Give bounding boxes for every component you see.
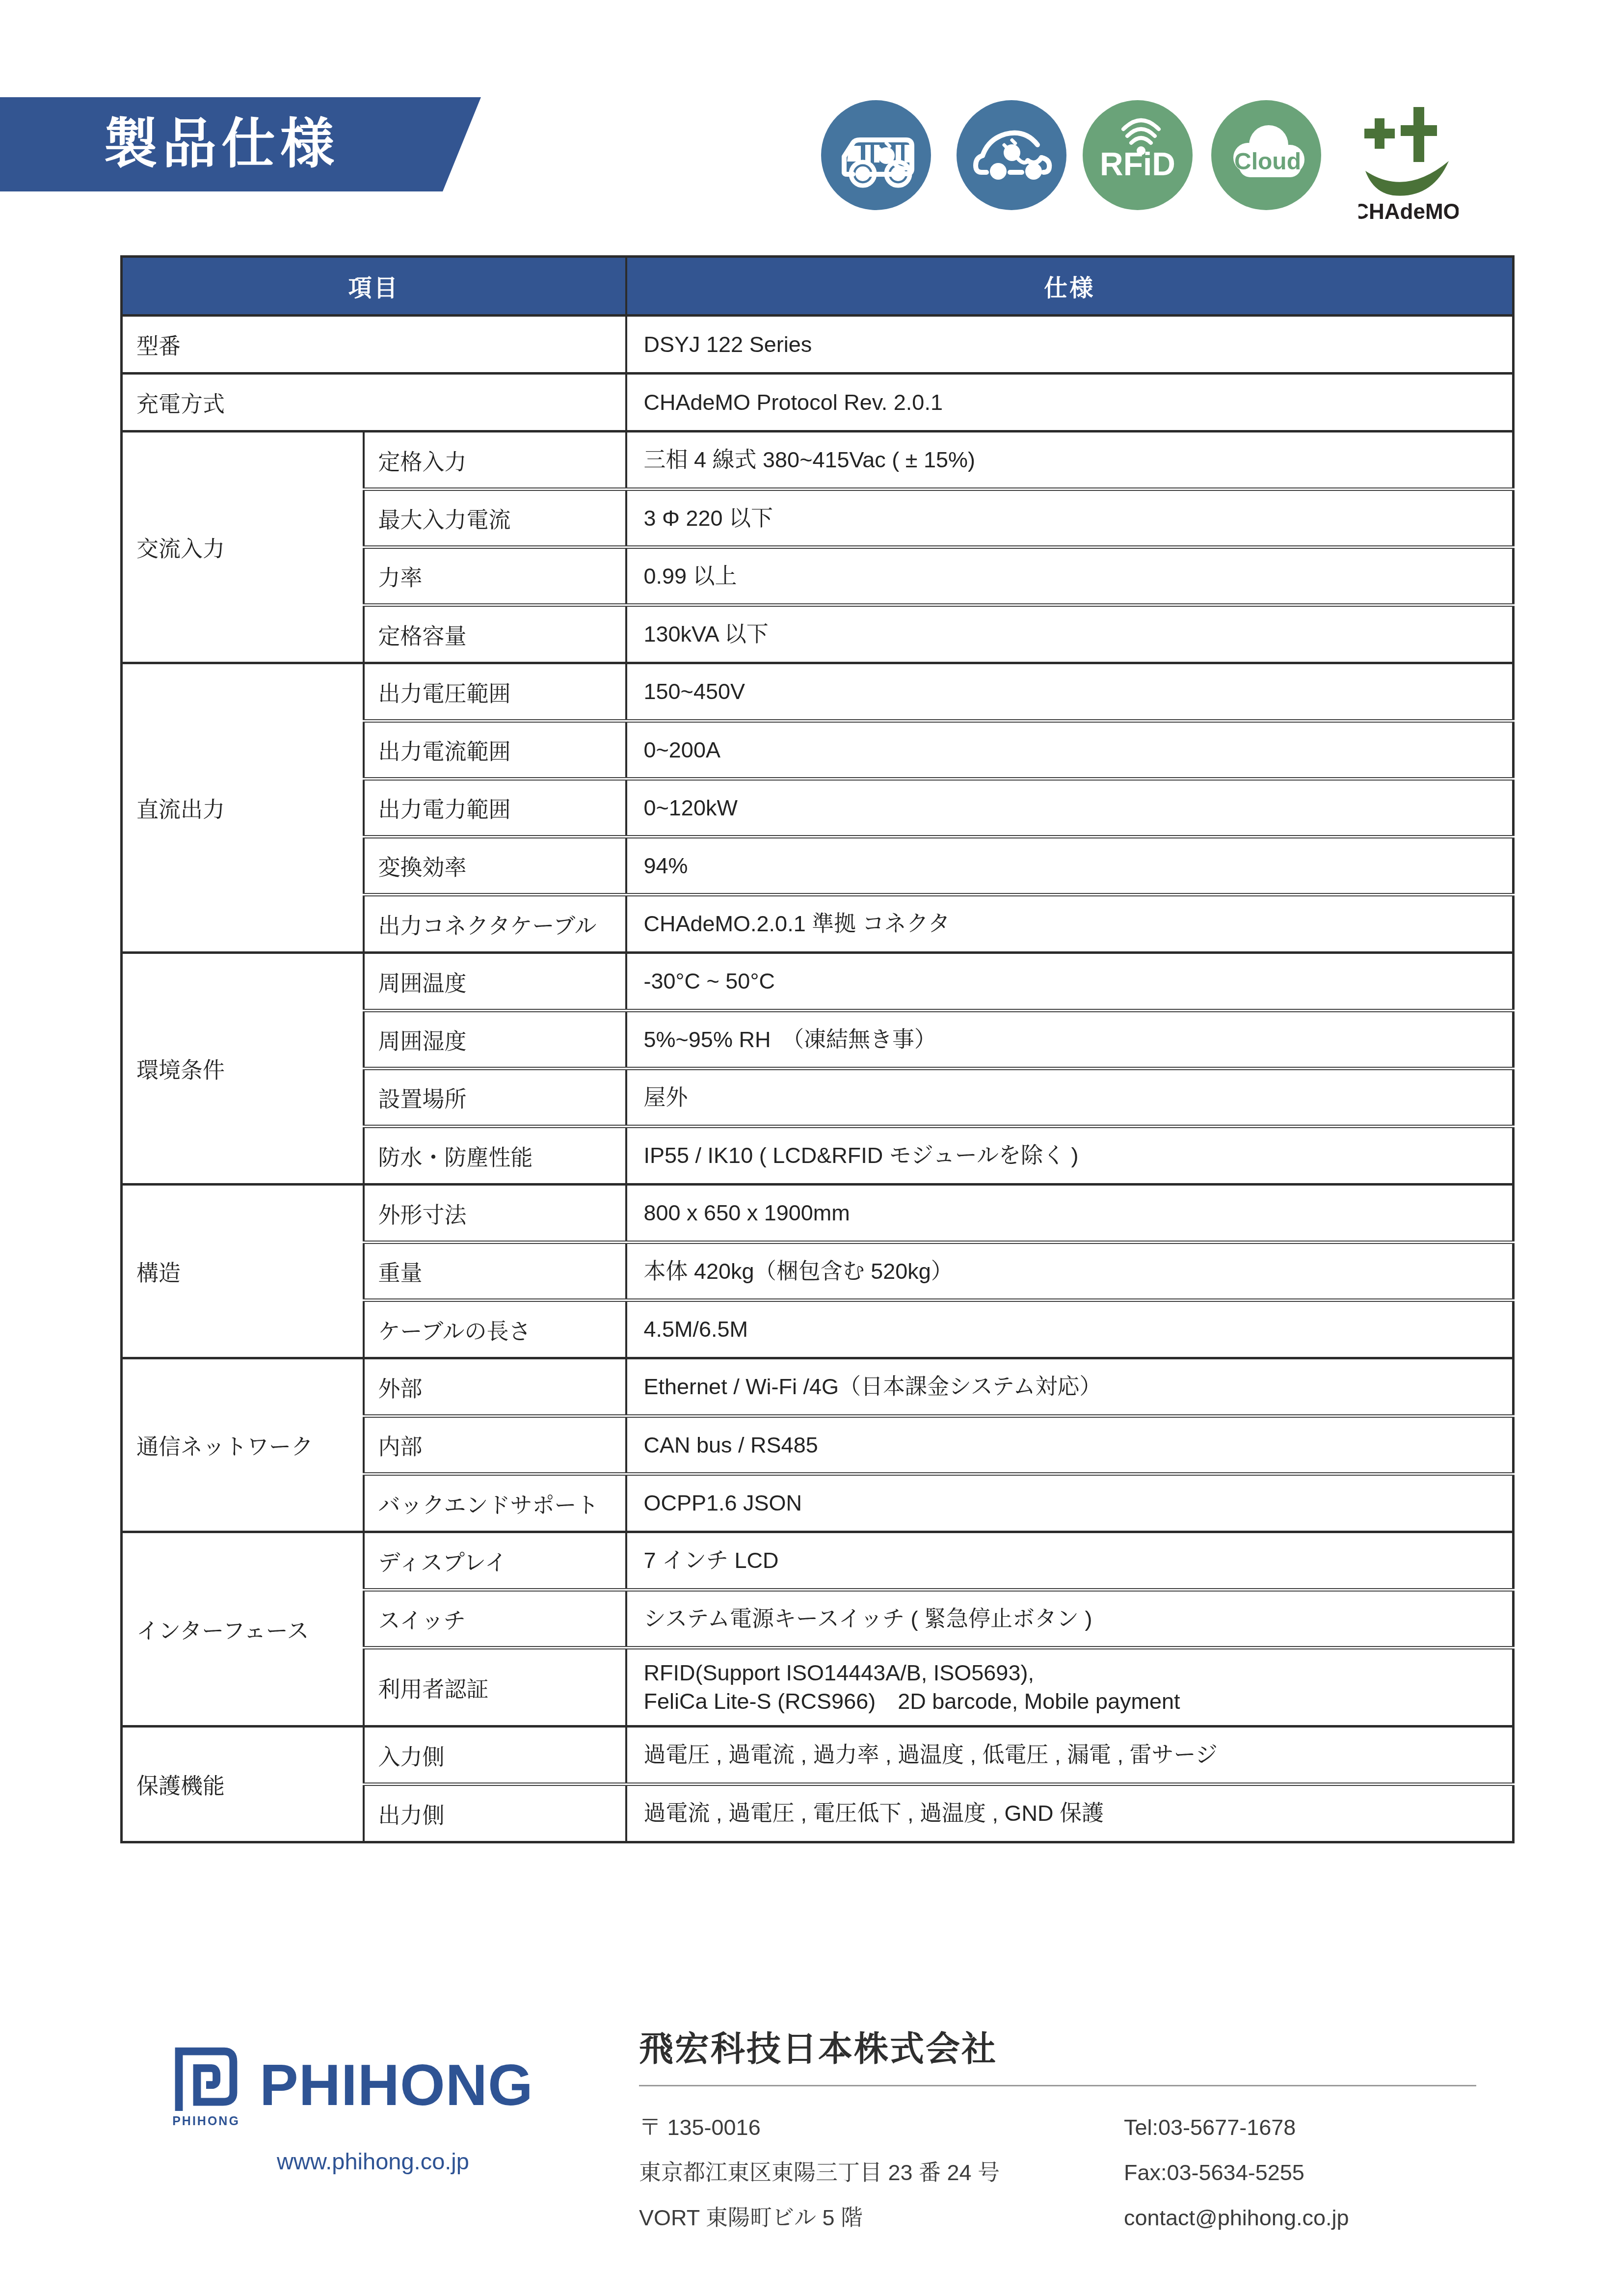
rfid-icon: RFiD bbox=[1080, 98, 1195, 213]
spec-sub-label: 防水・防塵性能 bbox=[364, 1127, 626, 1185]
spec-sub-label: 周囲温度 bbox=[364, 953, 626, 1011]
spec-sub-label: 定格容量 bbox=[364, 605, 626, 663]
contact-email[interactable]: contact@phihong.co.jp bbox=[1124, 2195, 1349, 2241]
spec-value: DSYJ 122 Series bbox=[626, 316, 1514, 374]
address-line1: 東京都江東区東陽三丁目 23 番 24 号 bbox=[639, 2150, 1000, 2195]
spec-value: 三相 4 線式 380~415Vac ( ± 15%) bbox=[626, 432, 1514, 489]
spec-value: Ethernet / Wi-Fi /4G（日本課金システム対応） bbox=[626, 1358, 1514, 1416]
spec-group-label: 交流入力 bbox=[122, 432, 364, 663]
spec-sub-label: 外部 bbox=[364, 1358, 626, 1416]
spec-row: 直流出力出力電圧範囲150~450V bbox=[122, 663, 1514, 721]
spec-row: 型番DSYJ 122 Series bbox=[122, 316, 1514, 374]
spec-group-label: 通信ネットワーク bbox=[122, 1358, 364, 1532]
company-contact-block: Tel:03-5677-1678 Fax:03-5634-5255 contac… bbox=[1124, 2105, 1349, 2241]
spec-group-label: 保護機能 bbox=[122, 1727, 364, 1842]
spec-value: 0.99 以上 bbox=[626, 547, 1514, 605]
column-header-item: 項目 bbox=[122, 257, 626, 316]
spec-sub-label: 出力コネクタケーブル bbox=[364, 895, 626, 953]
spec-sub-label: 出力側 bbox=[364, 1784, 626, 1842]
spec-group-label: 充電方式 bbox=[122, 374, 626, 432]
fax-number: Fax:03-5634-5255 bbox=[1124, 2150, 1349, 2195]
spec-sub-label: 変換効率 bbox=[364, 837, 626, 895]
spec-group-label: 型番 bbox=[122, 316, 626, 374]
spec-sub-label: ケーブルの長さ bbox=[364, 1300, 626, 1358]
spec-group-label: 構造 bbox=[122, 1185, 364, 1358]
spec-value: 5%~95% RH （凍結無き事） bbox=[626, 1011, 1514, 1069]
spec-value: IP55 / IK10 ( LCD&RFID モジュールを除く ) bbox=[626, 1127, 1514, 1185]
company-address-block: 〒 135-0016 東京都江東区東陽三丁目 23 番 24 号 VORT 東陽… bbox=[639, 2105, 1000, 2241]
spec-sub-label: スイッチ bbox=[364, 1590, 626, 1648]
spec-sub-label: 利用者認証 bbox=[364, 1648, 626, 1727]
footer-divider bbox=[639, 2085, 1476, 2086]
company-name: 飛宏科技日本株式会社 bbox=[639, 2022, 997, 2071]
spec-sub-label: 出力電圧範囲 bbox=[364, 663, 626, 721]
spec-value: 本体 420kg（梱包含む 520kg） bbox=[626, 1243, 1514, 1300]
spec-value: 130kVA 以下 bbox=[626, 605, 1514, 663]
cloud-icon: Cloud bbox=[1209, 98, 1324, 213]
spec-row: 環境条件周囲温度-30°C ~ 50°C bbox=[122, 953, 1514, 1011]
spec-sub-label: ディスプレイ bbox=[364, 1532, 626, 1590]
phihong-wordmark: PHIHONG bbox=[260, 2046, 533, 2125]
spec-group-label: 環境条件 bbox=[122, 953, 364, 1185]
spec-sub-label: 内部 bbox=[364, 1416, 626, 1474]
spec-value: 0~200A bbox=[626, 721, 1514, 779]
cloud-label: Cloud bbox=[1234, 149, 1301, 175]
spec-value: 3 Φ 220 以下 bbox=[626, 489, 1514, 547]
column-header-spec: 仕様 bbox=[626, 257, 1514, 316]
address-line2: VORT 東陽町ビル 5 階 bbox=[639, 2195, 1000, 2241]
spec-sub-label: バックエンドサポート bbox=[364, 1474, 626, 1532]
spec-sub-label: 外形寸法 bbox=[364, 1185, 626, 1243]
phihong-logo: PHIHONG PHIHONG bbox=[169, 2046, 577, 2129]
spec-row: 交流入力定格入力三相 4 線式 380~415Vac ( ± 15%) bbox=[122, 432, 1514, 489]
spec-value: 150~450V bbox=[626, 663, 1514, 721]
spec-value: CHAdeMO.2.0.1 準拠 コネクタ bbox=[626, 895, 1514, 953]
spec-sub-label: 最大入力電流 bbox=[364, 489, 626, 547]
spec-value: -30°C ~ 50°C bbox=[626, 953, 1514, 1011]
rfid-label: RFiD bbox=[1100, 146, 1175, 182]
spec-sub-label: 定格入力 bbox=[364, 432, 626, 489]
ev-car-icon bbox=[954, 98, 1069, 213]
spec-sub-label: 出力電流範囲 bbox=[364, 721, 626, 779]
spec-value: 4.5M/6.5M bbox=[626, 1300, 1514, 1358]
spec-value: OCPP1.6 JSON bbox=[626, 1474, 1514, 1532]
spec-value: 800 x 650 x 1900mm bbox=[626, 1185, 1514, 1243]
spec-value: 過電圧 , 過電流 , 過力率 , 過温度 , 低電圧 , 漏電 , 雷サージ bbox=[626, 1727, 1514, 1784]
phihong-glyph-icon bbox=[174, 2046, 239, 2111]
spec-sub-label: 入力側 bbox=[364, 1727, 626, 1784]
spec-row: インターフェースディスプレイ7 インチ LCD bbox=[122, 1532, 1514, 1590]
postal-code: 〒 135-0016 bbox=[639, 2105, 1000, 2150]
spec-sheet-page: 製品仕様 bbox=[0, 0, 1623, 2296]
phihong-glyph-caption: PHIHONG bbox=[169, 2114, 243, 2129]
tel-number: Tel:03-5677-1678 bbox=[1124, 2105, 1349, 2150]
spec-value: 屋外 bbox=[626, 1069, 1514, 1127]
spec-sub-label: 設置場所 bbox=[364, 1069, 626, 1127]
spec-table: 項目 仕様 型番DSYJ 122 Series充電方式CHAdeMO Proto… bbox=[120, 255, 1515, 1843]
spec-sub-label: 出力電力範囲 bbox=[364, 779, 626, 837]
spec-value: CAN bus / RS485 bbox=[626, 1416, 1514, 1474]
page-title: 製品仕様 bbox=[0, 97, 443, 191]
spec-value: RFID(Support ISO14443A/B, ISO5693), Feli… bbox=[626, 1648, 1514, 1727]
spec-group-label: インターフェース bbox=[122, 1532, 364, 1727]
spec-sub-label: 周囲湿度 bbox=[364, 1011, 626, 1069]
spec-value: 過電流 , 過電圧 , 電圧低下 , 過温度 , GND 保護 bbox=[626, 1784, 1514, 1842]
spec-row: 構造外形寸法800 x 650 x 1900mm bbox=[122, 1185, 1514, 1243]
chademo-logo: CHAdeMO bbox=[1358, 103, 1459, 227]
spec-table-header-row: 項目 仕様 bbox=[122, 257, 1514, 316]
spec-value: システム電源キースイッチ ( 緊急停止ボタン ) bbox=[626, 1590, 1514, 1648]
phihong-url[interactable]: www.phihong.co.jp bbox=[169, 2148, 577, 2175]
spec-row: 保護機能入力側過電圧 , 過電流 , 過力率 , 過温度 , 低電圧 , 漏電 … bbox=[122, 1727, 1514, 1784]
spec-row: 充電方式CHAdeMO Protocol Rev. 2.0.1 bbox=[122, 374, 1514, 432]
spec-value: 94% bbox=[626, 837, 1514, 895]
spec-value: 0~120kW bbox=[626, 779, 1514, 837]
spec-value: 7 インチ LCD bbox=[626, 1532, 1514, 1590]
spec-group-label: 直流出力 bbox=[122, 663, 364, 953]
ev-bus-icon bbox=[819, 98, 933, 213]
spec-sub-label: 力率 bbox=[364, 547, 626, 605]
chademo-label: CHAdeMO bbox=[1358, 200, 1459, 224]
spec-row: 通信ネットワーク外部Ethernet / Wi-Fi /4G（日本課金システム対… bbox=[122, 1358, 1514, 1416]
spec-value: CHAdeMO Protocol Rev. 2.0.1 bbox=[626, 374, 1514, 432]
title-banner: 製品仕様 bbox=[0, 97, 481, 191]
spec-sub-label: 重量 bbox=[364, 1243, 626, 1300]
